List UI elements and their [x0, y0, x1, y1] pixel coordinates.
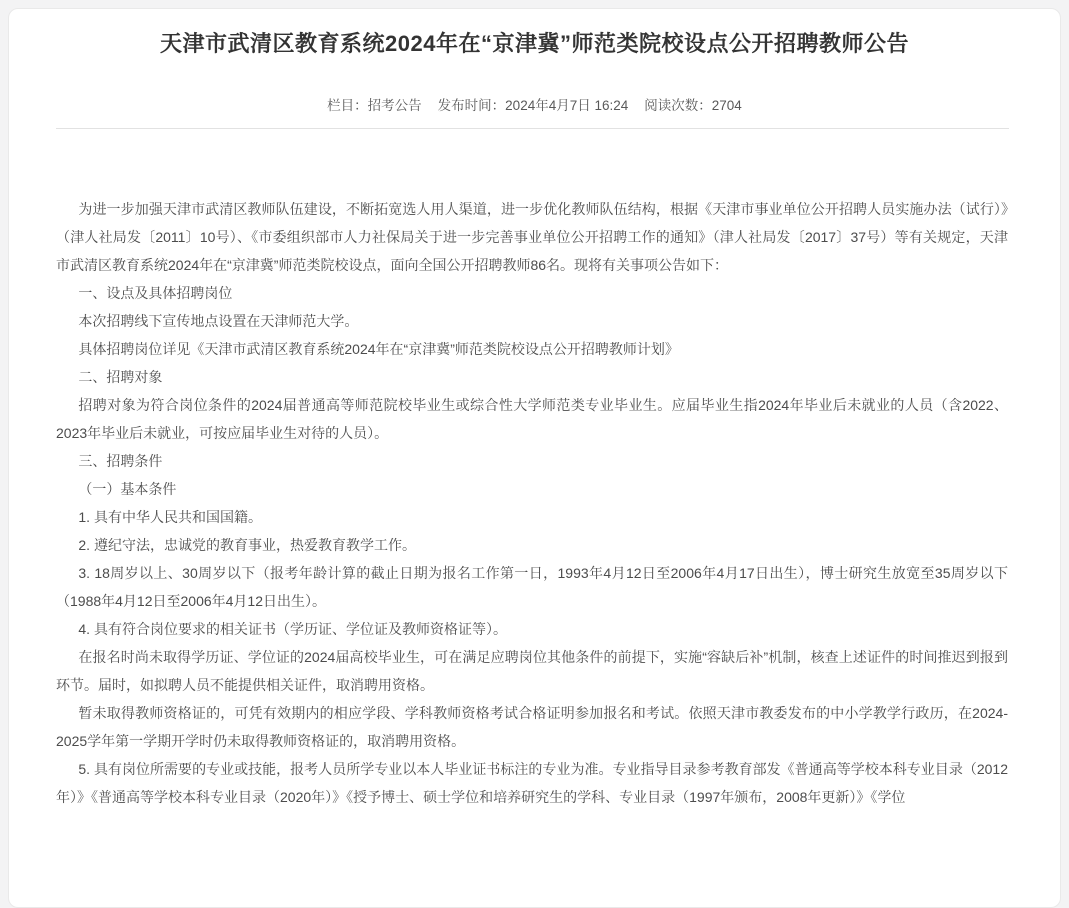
- article-section-heading: 一、设点及具体招聘岗位: [56, 279, 1008, 307]
- meta-view-count: 阅读次数：2704: [644, 94, 742, 114]
- article-paragraph: 招聘对象为符合岗位条件的2024届普通高等师范院校毕业生或综合性大学师范类专业毕…: [56, 391, 1008, 447]
- header-divider: [56, 128, 1009, 129]
- article-paragraph: 4. 具有符合岗位要求的相关证书（学历证、学位证及教师资格证等）。: [56, 615, 1008, 643]
- article-paragraph: 1. 具有中华人民共和国国籍。: [56, 503, 1008, 531]
- article-section-heading: 二、招聘对象: [56, 363, 1008, 391]
- article-paragraph: 在报名时尚未取得学历证、学位证的2024届高校毕业生，可在满足应聘岗位其他条件的…: [56, 643, 1008, 699]
- meta-category-value: 招考公告: [368, 98, 422, 113]
- article-paragraph: 2. 遵纪守法，忠诚党的教育事业，热爱教育教学工作。: [56, 531, 1008, 559]
- meta-publish-value: 2024年4月7日 16:24: [505, 98, 628, 113]
- article-paragraph: 为进一步加强天津市武清区教师队伍建设，不断拓宽选人用人渠道，进一步优化教师队伍结…: [56, 195, 1008, 279]
- article-paragraph: 本次招聘线下宣传地点设置在天津师范大学。: [56, 307, 1008, 335]
- article-card: 天津市武清区教育系统2024年在“京津冀”师范类院校设点公开招聘教师公告 栏目：…: [8, 8, 1061, 800]
- article-body: 为进一步加强天津市武清区教师队伍建设，不断拓宽选人用人渠道，进一步优化教师队伍结…: [56, 195, 1008, 800]
- meta-publish-label: 发布时间：: [438, 98, 506, 113]
- meta-category-label: 栏目：: [327, 98, 368, 113]
- article-paragraph: 具体招聘岗位详见《天津市武清区教育系统2024年在“京津冀”师范类院校设点公开招…: [56, 335, 1008, 363]
- article-paragraph: 暂未取得教师资格证的，可凭有效期内的相应学段、学科教师资格考试合格证明参加报名和…: [56, 699, 1008, 755]
- meta-publish-time: 发布时间：2024年4月7日 16:24: [438, 94, 629, 114]
- meta-category: 栏目：招考公告: [327, 94, 422, 114]
- article-paragraph: 3. 18周岁以上、30周岁以下（报考年龄计算的截止日期为报名工作第一日，199…: [56, 559, 1008, 615]
- meta-views-value: 2704: [712, 98, 742, 113]
- page-title: 天津市武清区教育系统2024年在“京津冀”师范类院校设点公开招聘教师公告: [79, 29, 990, 59]
- article-meta: 栏目：招考公告 发布时间：2024年4月7日 16:24 阅读次数：2704: [9, 94, 1060, 114]
- article-subsection-heading: （一）基本条件: [56, 475, 1008, 503]
- article-paragraph: 5. 具有岗位所需要的专业或技能，报考人员所学专业以本人毕业证书标注的专业为准。…: [56, 755, 1008, 800]
- meta-views-label: 阅读次数：: [644, 98, 712, 113]
- article-section-heading: 三、招聘条件: [56, 447, 1008, 475]
